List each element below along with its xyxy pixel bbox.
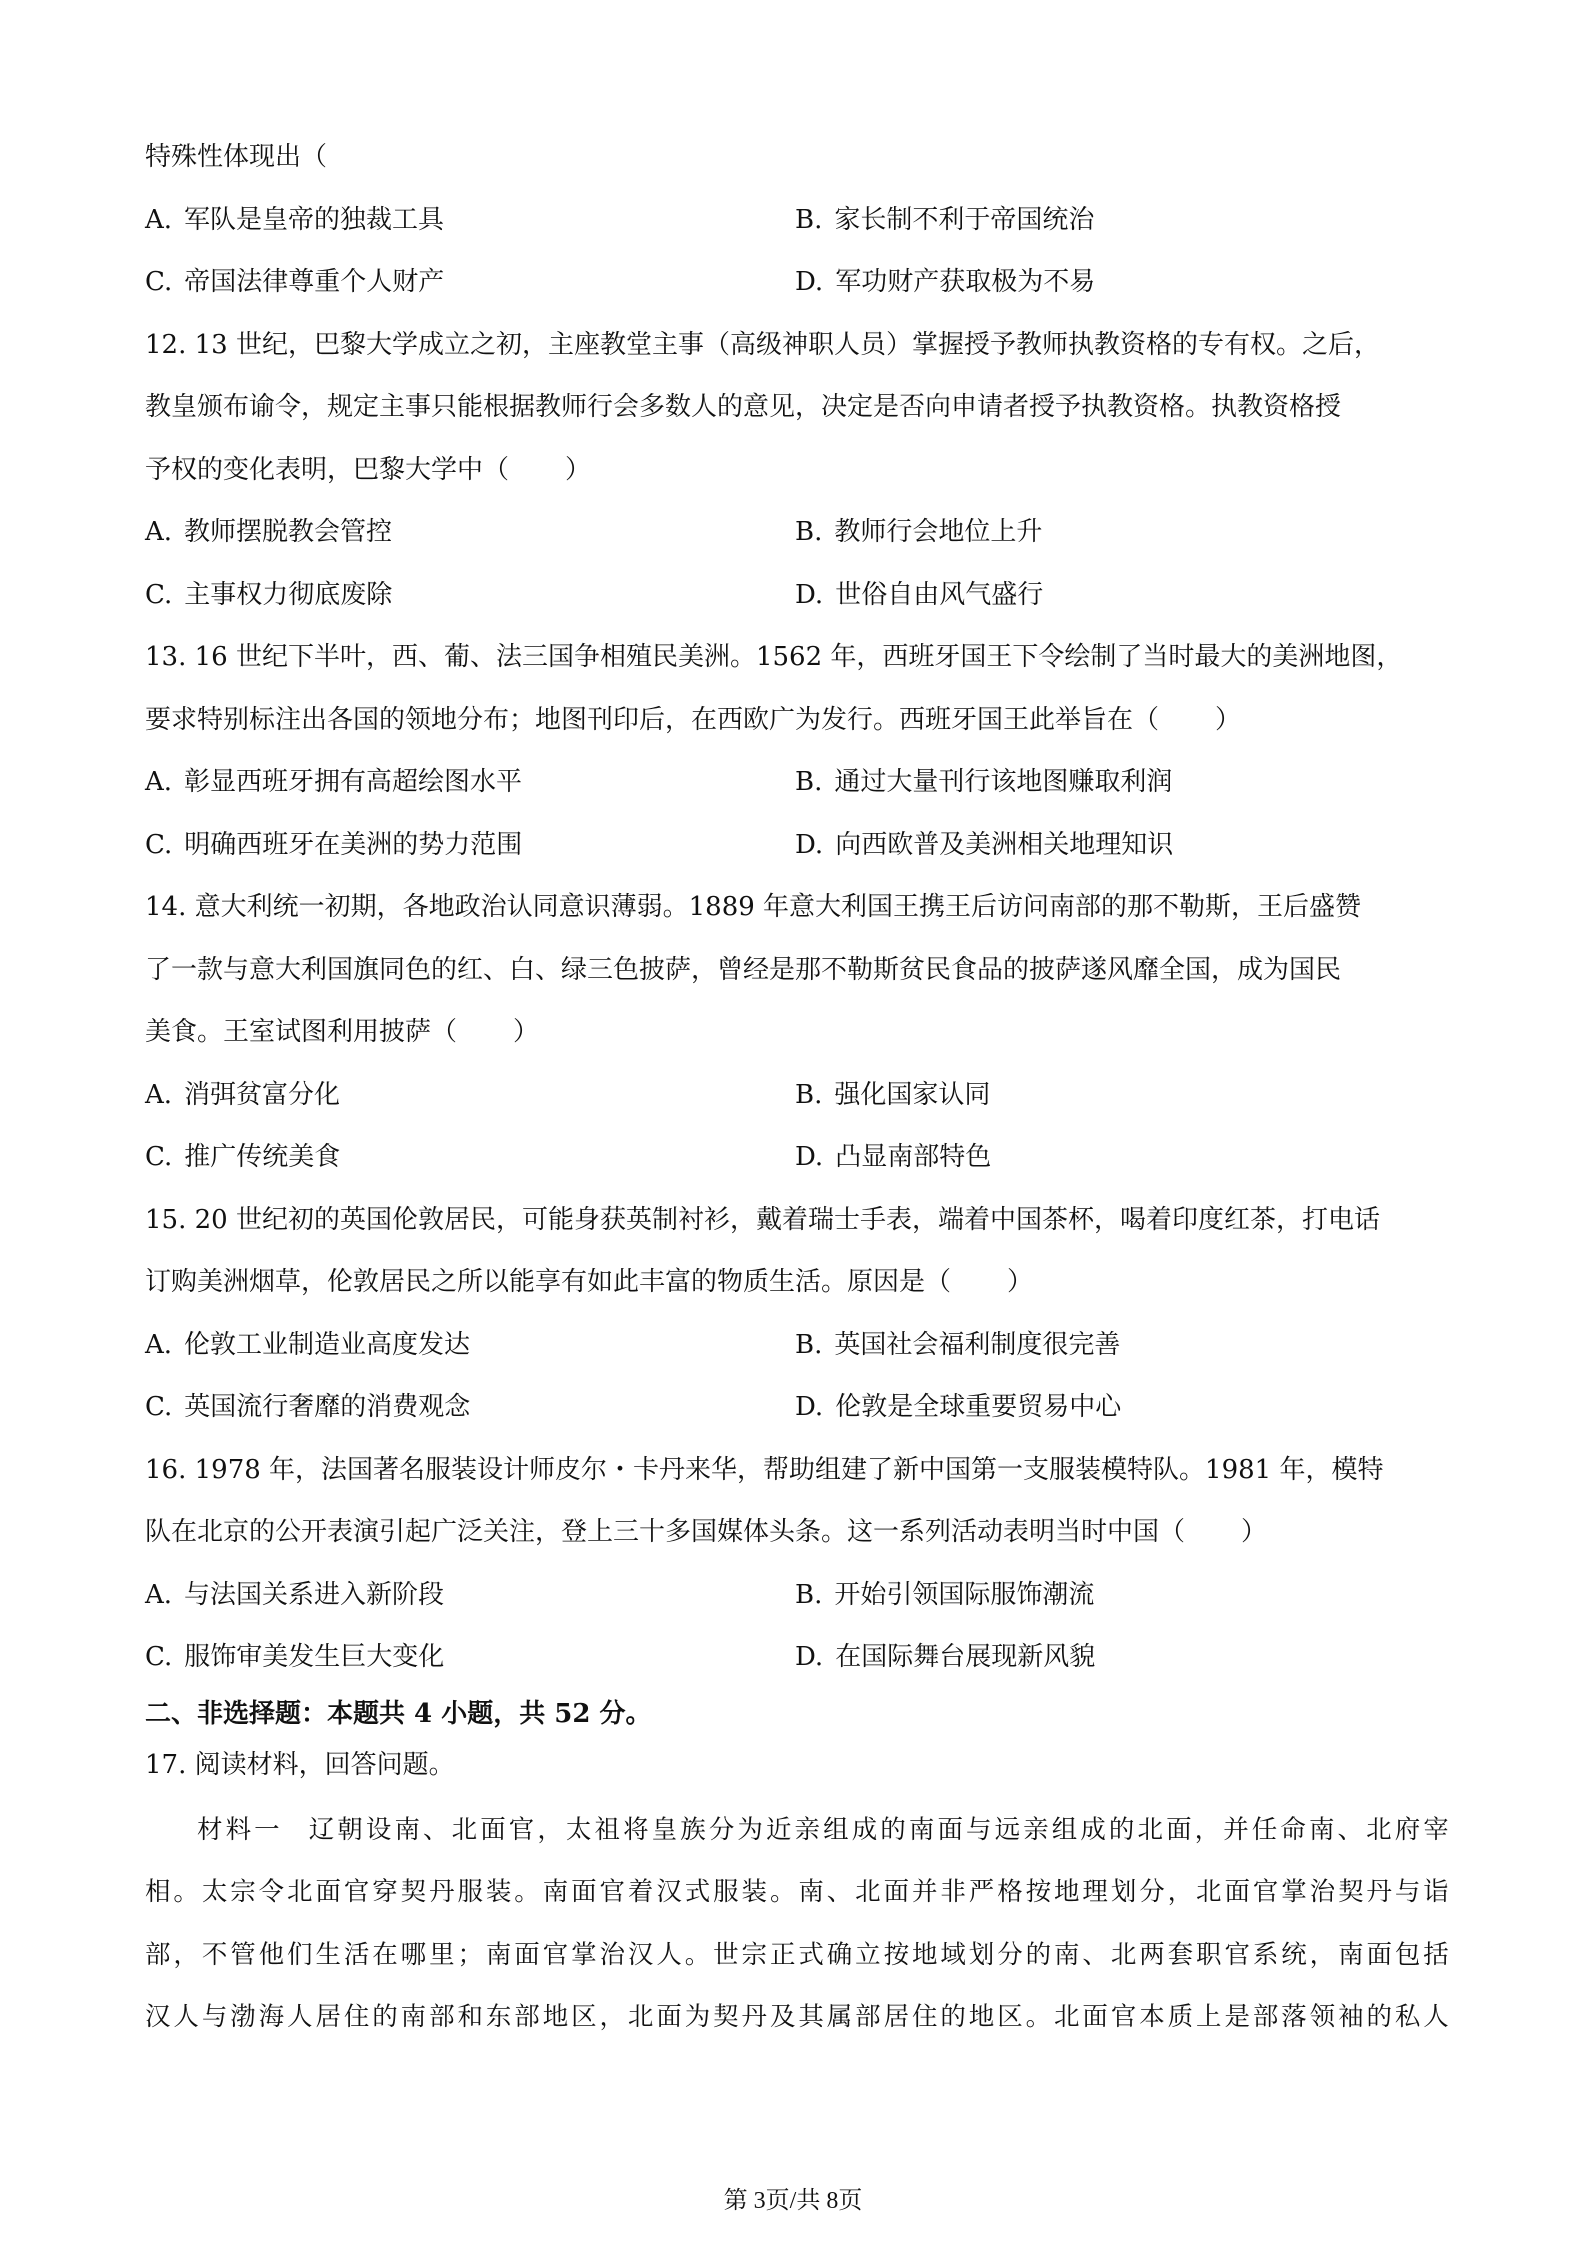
options-row: C.英国流行奢靡的消费观念 D.伦敦是全球重要贸易中心 bbox=[145, 1376, 1450, 1439]
question-stem-line: 12. 13 世纪，巴黎大学成立之初，主座教堂主事（高级神职人员）掌握授予教师执… bbox=[145, 314, 1450, 377]
material-label: 材料一 bbox=[197, 1815, 283, 1845]
question-stem-line: 美食。王室试图利用披萨（） bbox=[145, 1001, 1450, 1064]
answer-paren-close: ） bbox=[565, 455, 591, 485]
material-line: 汉人与渤海人居住的南部和东部地区，北面为契丹及其属部居住的地区。北面官本质上是部… bbox=[145, 1986, 1450, 2049]
option-c: C.推广传统美食 bbox=[145, 1126, 795, 1189]
options-row: A.彰显西班牙拥有高超绘图水平 B.通过大量刊行该地图赚取利润 bbox=[145, 751, 1450, 814]
page-number: 第 3页/共 8页 bbox=[0, 2180, 1586, 2215]
option-c: C.帝国法律尊重个人财产 bbox=[145, 251, 795, 314]
options-row: C.服饰审美发生巨大变化 D.在国际舞台展现新风貌 bbox=[145, 1626, 1450, 1689]
option-a: A.与法国关系进入新阶段 bbox=[145, 1564, 795, 1627]
option-d: D.凸显南部特色 bbox=[795, 1126, 991, 1189]
question-11-continued: 特殊性体现出（ A.军队是皇帝的独裁工具 B.家长制不利于帝国统治 C.帝国法律… bbox=[145, 126, 1450, 314]
stem-text: 特殊性体现出（ bbox=[145, 142, 327, 172]
option-d: D.伦敦是全球重要贸易中心 bbox=[795, 1376, 1121, 1439]
material-one: 材料一辽朝设南、北面官，太祖将皇族分为近亲组成的南面与远亲组成的北面，并任命南、… bbox=[145, 1799, 1450, 2049]
options-row: A.伦敦工业制造业高度发达 B.英国社会福利制度很完善 bbox=[145, 1314, 1450, 1377]
question-17-stem: 17. 阅读材料，回答问题。 bbox=[145, 1739, 1450, 1799]
question-14: 14. 意大利统一初期，各地政治认同意识薄弱。1889 年意大利国王携王后访问南… bbox=[145, 876, 1450, 1189]
option-c: C.明确西班牙在美洲的势力范围 bbox=[145, 814, 795, 877]
options-row: A.与法国关系进入新阶段 B.开始引领国际服饰潮流 bbox=[145, 1564, 1450, 1627]
option-b: B.教师行会地位上升 bbox=[795, 501, 1042, 564]
option-a: A.伦敦工业制造业高度发达 bbox=[145, 1314, 795, 1377]
question-12: 12. 13 世纪，巴黎大学成立之初，主座教堂主事（高级神职人员）掌握授予教师执… bbox=[145, 314, 1450, 627]
question-stem-line: 14. 意大利统一初期，各地政治认同意识薄弱。1889 年意大利国王携王后访问南… bbox=[145, 876, 1450, 939]
question-13: 13. 16 世纪下半叶，西、葡、法三国争相殖民美洲。1562 年，西班牙国王下… bbox=[145, 626, 1450, 876]
option-d: D.军功财产获取极为不易 bbox=[795, 251, 1095, 314]
options-row: C.明确西班牙在美洲的势力范围 D.向西欧普及美洲相关地理知识 bbox=[145, 814, 1450, 877]
option-b: B.强化国家认同 bbox=[795, 1064, 990, 1127]
option-d: D.向西欧普及美洲相关地理知识 bbox=[795, 814, 1173, 877]
stem-text: 予权的变化表明，巴黎大学中（ bbox=[145, 455, 509, 485]
question-stem-line: 订购美洲烟草，伦敦居民之所以能享有如此丰富的物质生活。原因是（） bbox=[145, 1251, 1450, 1314]
option-b: B.通过大量刊行该地图赚取利润 bbox=[795, 751, 1172, 814]
option-b: B.英国社会福利制度很完善 bbox=[795, 1314, 1120, 1377]
option-a: A.消弭贫富分化 bbox=[145, 1064, 795, 1127]
options-row: C.主事权力彻底废除 D.世俗自由风气盛行 bbox=[145, 564, 1450, 627]
stem-text: 美食。王室试图利用披萨（ bbox=[145, 1017, 457, 1047]
question-stem-line: 13. 16 世纪下半叶，西、葡、法三国争相殖民美洲。1562 年，西班牙国王下… bbox=[145, 626, 1450, 689]
option-b: B.家长制不利于帝国统治 bbox=[795, 189, 1094, 252]
question-16: 16. 1978 年，法国著名服装设计师皮尔・卡丹来华，帮助组建了新中国第一支服… bbox=[145, 1439, 1450, 1689]
stem-text: 订购美洲烟草，伦敦居民之所以能享有如此丰富的物质生活。原因是（ bbox=[145, 1267, 951, 1297]
option-a: A.军队是皇帝的独裁工具 bbox=[145, 189, 795, 252]
question-stem-line: 予权的变化表明，巴黎大学中（） bbox=[145, 439, 1450, 502]
material-line: 材料一辽朝设南、北面官，太祖将皇族分为近亲组成的南面与远亲组成的北面，并任命南、… bbox=[145, 1799, 1450, 1862]
material-line: 相。太宗令北面官穿契丹服装。南面官着汉式服装。南、北面并非严格按地理划分，北面官… bbox=[145, 1861, 1450, 1924]
option-c: C.主事权力彻底废除 bbox=[145, 564, 795, 627]
answer-paren-close: ） bbox=[513, 1017, 539, 1047]
section-title: 二、非选择题：本题共 4 小题，共 52 分。 bbox=[145, 1689, 1450, 1739]
question-stem-line: 队在北京的公开表演引起广泛关注，登上三十多国媒体头条。这一系列活动表明当时中国（… bbox=[145, 1501, 1450, 1564]
option-a: A.教师摆脱教会管控 bbox=[145, 501, 795, 564]
question-15: 15. 20 世纪初的英国伦敦居民，可能身获英制衬衫，戴着瑞士手表，端着中国茶杯… bbox=[145, 1189, 1450, 1439]
options-row: A.教师摆脱教会管控 B.教师行会地位上升 bbox=[145, 501, 1450, 564]
option-a: A.彰显西班牙拥有高超绘图水平 bbox=[145, 751, 795, 814]
exam-page: 特殊性体现出（ A.军队是皇帝的独裁工具 B.家长制不利于帝国统治 C.帝国法律… bbox=[145, 126, 1450, 2049]
answer-paren-close: ） bbox=[1215, 705, 1241, 735]
question-stem-line: 了一款与意大利国旗同色的红、白、绿三色披萨，曾经是那不勒斯贫民食品的披萨遂风靡全… bbox=[145, 939, 1450, 1002]
question-stem-line: 特殊性体现出（ bbox=[145, 126, 1450, 189]
options-row: C.推广传统美食 D.凸显南部特色 bbox=[145, 1126, 1450, 1189]
option-d: D.世俗自由风气盛行 bbox=[795, 564, 1043, 627]
options-row: A.消弭贫富分化 B.强化国家认同 bbox=[145, 1064, 1450, 1127]
answer-paren-close: ） bbox=[1007, 1267, 1033, 1297]
options-row: A.军队是皇帝的独裁工具 B.家长制不利于帝国统治 bbox=[145, 189, 1450, 252]
question-stem-line: 16. 1978 年，法国著名服装设计师皮尔・卡丹来华，帮助组建了新中国第一支服… bbox=[145, 1439, 1450, 1502]
option-b: B.开始引领国际服饰潮流 bbox=[795, 1564, 1094, 1627]
stem-text: 队在北京的公开表演引起广泛关注，登上三十多国媒体头条。这一系列活动表明当时中国（ bbox=[145, 1517, 1185, 1547]
stem-text: 要求特别标注出各国的领地分布；地图刊印后，在西欧广为发行。西班牙国王此举旨在（ bbox=[145, 705, 1159, 735]
option-c: C.服饰审美发生巨大变化 bbox=[145, 1626, 795, 1689]
answer-paren-close: ） bbox=[1241, 1517, 1267, 1547]
material-line: 部，不管他们生活在哪里；南面官掌治汉人。世宗正式确立按地域划分的南、北两套职官系… bbox=[145, 1924, 1450, 1987]
options-row: C.帝国法律尊重个人财产 D.军功财产获取极为不易 bbox=[145, 251, 1450, 314]
option-d: D.在国际舞台展现新风貌 bbox=[795, 1626, 1095, 1689]
question-stem-line: 15. 20 世纪初的英国伦敦居民，可能身获英制衬衫，戴着瑞士手表，端着中国茶杯… bbox=[145, 1189, 1450, 1252]
question-stem-line: 要求特别标注出各国的领地分布；地图刊印后，在西欧广为发行。西班牙国王此举旨在（） bbox=[145, 689, 1450, 752]
question-stem-line: 教皇颁布谕令，规定主事只能根据教师行会多数人的意见，决定是否向申请者授予执教资格… bbox=[145, 376, 1450, 439]
option-c: C.英国流行奢靡的消费观念 bbox=[145, 1376, 795, 1439]
